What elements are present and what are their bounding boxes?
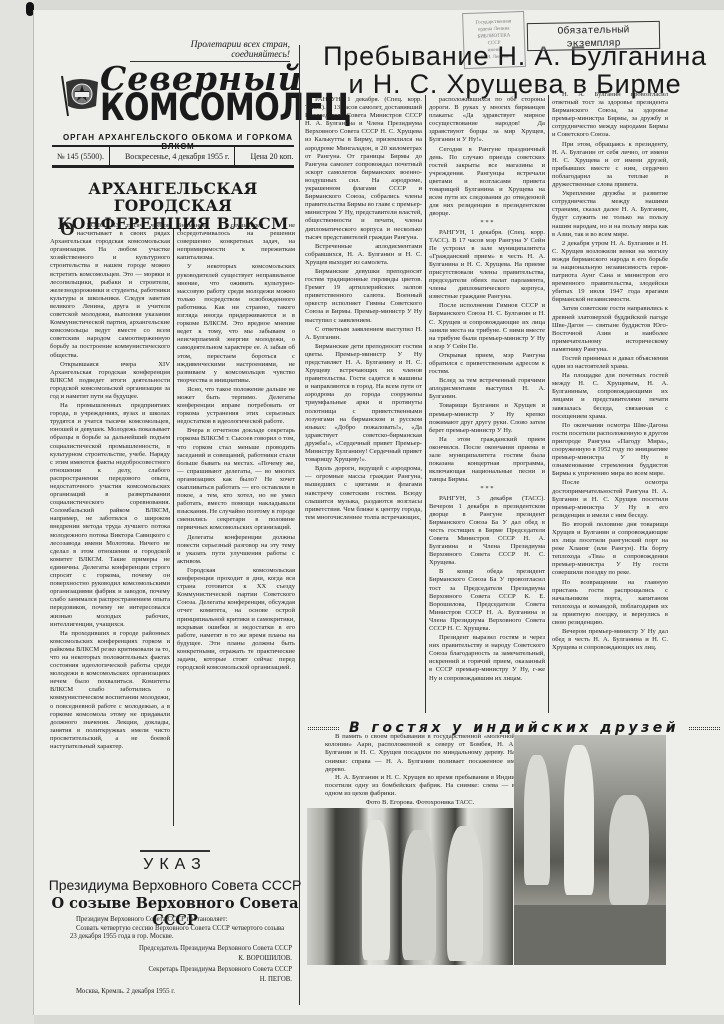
paragraph: Президент выразил гостям и через них пра… (429, 634, 545, 683)
ukaz-subtitle: Президиума Верховного Совета СССР (40, 877, 310, 893)
photo-figure (362, 820, 390, 960)
paragraph: 2 декабря утром Н. А. Булганин и Н. С. Х… (552, 240, 668, 305)
paragraph: Городская комсомольская конференция прох… (177, 567, 295, 672)
paragraph: Встреченные аплодисментами собравшихся, … (305, 243, 422, 267)
paragraph: Товарищи Булганин и Хрущев и премьер-мин… (429, 402, 545, 434)
decorative-rule (689, 727, 720, 730)
paragraph: Вслед за тем встреченный горячими аплоди… (429, 377, 545, 401)
column-rule (548, 95, 549, 713)
photo-figure (609, 795, 649, 905)
ukaz-text: Созвать четвертую сессию Верховного Сове… (70, 925, 292, 942)
main-article-col1: РАНГУН, 1 декабря. (Спец. корр. ТАСС). В… (305, 96, 422, 711)
caption-paragraph: Н. А. Булганин и Н. С. Хрущев во время п… (325, 774, 515, 799)
paragraph: Ясно, что такое положение дальше не може… (177, 386, 295, 426)
photo-figure (524, 755, 550, 885)
paragraph: Делегаты конференции должны повести серь… (177, 534, 295, 566)
main-article-col3: Н. А. Булганин провозгласил ответный тос… (552, 91, 668, 711)
separator-asterisks: * * * (429, 219, 545, 227)
issue-bar: № 145 (5500). Воскресенье, 4 декабря 195… (52, 145, 294, 168)
paragraph: Бирманские дети преподносят гостям цветы… (305, 343, 422, 464)
issue-date: Воскресенье, 4 декабря 1955 г. (120, 152, 234, 161)
paragraph: расположившихся по обе стороны дороги. В… (429, 96, 545, 145)
main-article-col2: расположившихся по обе стороны дороги. В… (429, 96, 545, 711)
paragraph: На проходивших в городе районных комсомо… (50, 630, 170, 751)
divider (140, 850, 210, 852)
paragraph: Внимание слушателей не сосредотачивалось… (177, 222, 295, 262)
paragraph: На площадке для почетных гостей между Н.… (552, 372, 668, 421)
paragraph: Открывшаяся вчера XIV Архангельская горо… (50, 361, 170, 401)
paragraph: ОКОЛО 33 тысяч членов насчитывает в свои… (50, 222, 170, 360)
paragraph: Открывая прием, мэр Рангуна обратился с … (429, 352, 545, 376)
scan-margin (0, 0, 34, 1024)
paragraph: После исполнения Гимнов СССР и Бирманско… (429, 302, 545, 351)
ukaz-body: Президиум Верховного Совета СССР постано… (70, 916, 292, 996)
photo-figure (447, 826, 483, 961)
photo-figure (402, 830, 436, 960)
signatory-name: Н. ПЕГОВ. (70, 976, 292, 985)
paragraph: У некоторых комсомольских руководителей … (177, 263, 295, 384)
issue-number: № 145 (5500). (52, 152, 109, 161)
paragraph: Во второй половине дня товарищи Хрущев и… (552, 521, 668, 578)
paragraph: В конце обеда президент Бирманского Союз… (429, 568, 545, 633)
signatory-role: Секретарь Президиума Верховного Совета С… (70, 966, 292, 975)
ukaz-title: УКАЗ (40, 856, 310, 874)
paragraph: Вчера в отчетном докладе секретарь горко… (177, 427, 295, 532)
paragraph: После осмотра достопримечательностей Ран… (552, 479, 668, 519)
paragraph: На этом гражданский прием окончился. Пос… (429, 436, 545, 485)
paragraph: Гостей принимал и давал объяснения один … (552, 355, 668, 371)
paragraph: По возвращении на главную пристань гости… (552, 579, 668, 628)
paragraph: РАНГУН, 1 декабря. (Спец. корр. ТАСС). В… (429, 229, 545, 302)
paragraph: По окончании осмотра Шве-Дагона гости по… (552, 422, 668, 479)
paragraph: Укрепление дружбы и развитие сотрудничес… (552, 190, 668, 239)
column-rule (425, 95, 426, 713)
paragraph: Бирманские девушки преподносят гостям тр… (305, 268, 422, 325)
komsomol-badge-icon (58, 72, 102, 118)
paragraph: РАНГУН, 3 декабря (ТАСС). Вечером 1 дека… (429, 495, 545, 568)
ukaz-intro: Президиум Верховного Совета СССР постано… (70, 916, 292, 925)
paragraph: На промышленных предприятиях города, в у… (50, 402, 170, 629)
photo-ground (514, 905, 666, 965)
punch-hole (26, 2, 34, 16)
paragraph: Затем советские гости направились к древ… (552, 305, 668, 354)
signatory-name: К. ВОРОШИЛОВ. (70, 955, 292, 964)
paragraph: РАНГУН, 1 декабря. (Спец. корр. ТАСС). В… (305, 96, 422, 242)
paragraph: Вдоль дороги, ведущей с аэродрома, — огр… (305, 465, 422, 522)
photo-factory-visit (307, 808, 513, 965)
paragraph: При этом, обращаясь к президенту, Н. А. … (552, 141, 668, 190)
stamp-line: экземпляр (528, 37, 659, 52)
left-article-col1: ОКОЛО 33 тысяч членов насчитывает в свои… (50, 222, 170, 825)
photo-tree-planting (514, 735, 666, 965)
decorative-rule (308, 727, 339, 730)
photo-caption: В память о своем пребывании в государств… (325, 733, 515, 807)
separator-asterisks: * * * (429, 485, 545, 493)
divider (109, 147, 120, 165)
caption-paragraph: В память о своем пребывании в государств… (325, 733, 515, 774)
divider (234, 147, 245, 165)
mandatory-copy-stamp: Обязательный экземпляр (527, 21, 660, 51)
paragraph: Сегодня в Рангуне праздничный день. По с… (429, 146, 545, 219)
left-article-col2: Внимание слушателей не сосредотачивалось… (177, 222, 295, 825)
paragraph: С ответным заявлением выступил Н. А. Бул… (305, 326, 422, 342)
column-rule (173, 228, 174, 826)
photo-credit: Фото В. Егорова. Фотохроника ТАСС. (325, 799, 515, 807)
photo-figure (564, 745, 594, 895)
signatory-role: Председатель Президиума Верховного Совет… (70, 945, 292, 954)
paragraph: Н. А. Булганин провозгласил ответный тос… (552, 91, 668, 140)
issue-price: Цена 20 коп. (245, 152, 298, 161)
ukaz-place-date: Москва, Кремль. 2 декабря 1955 г. (70, 988, 292, 997)
paragraph: Вечером премьер-министр У Ну дал обед в … (552, 628, 668, 652)
